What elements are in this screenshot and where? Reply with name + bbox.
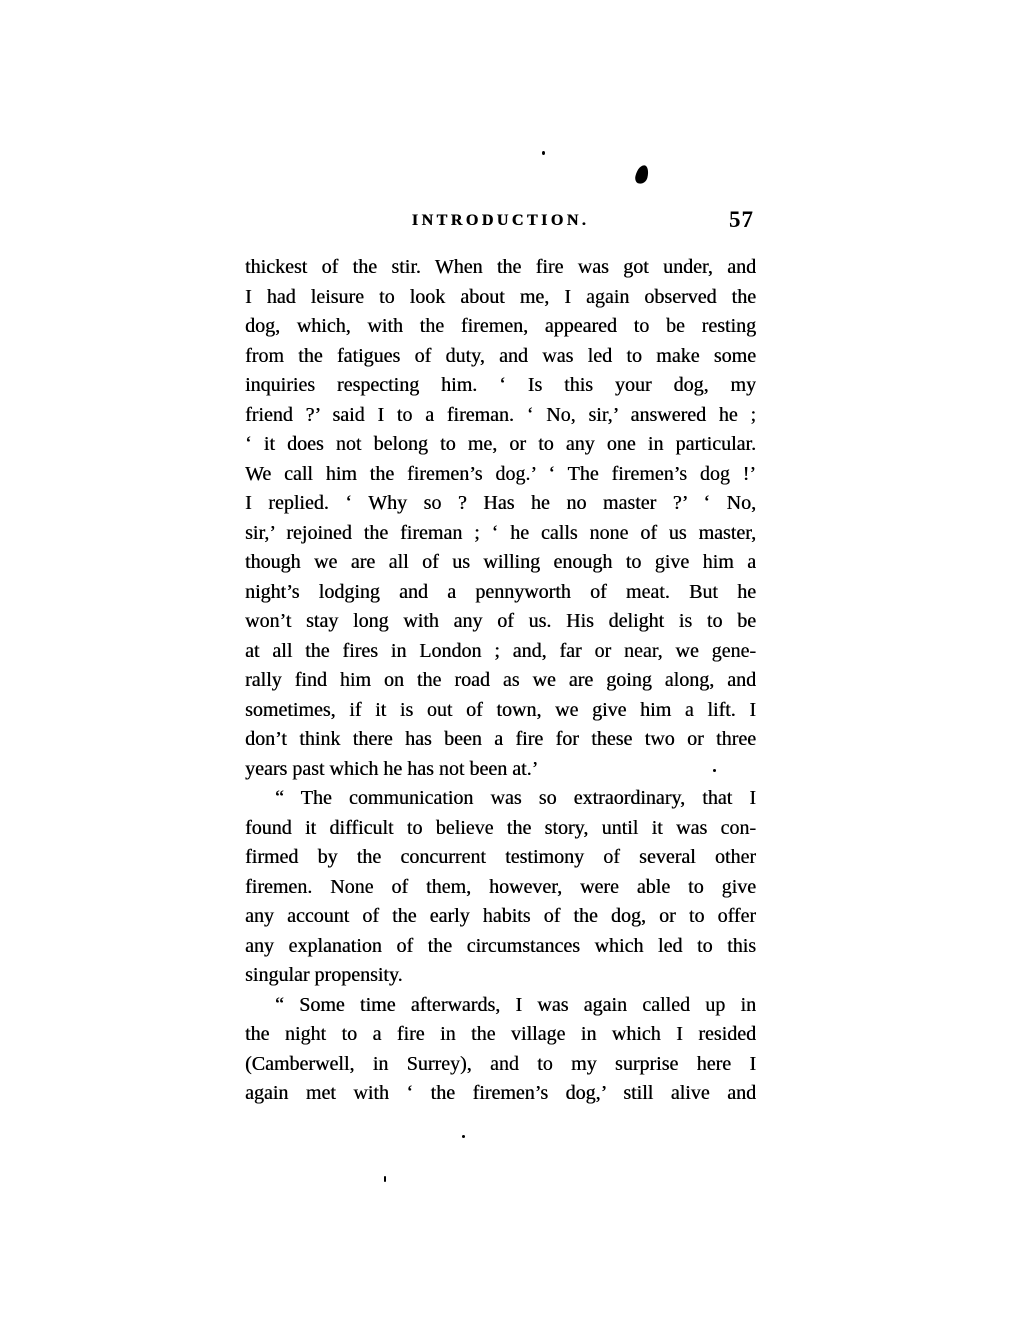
body-text: thickest of the stir. When the fire was … bbox=[245, 253, 756, 1109]
text-line: firemen. None of them, however, were abl… bbox=[245, 873, 756, 903]
text-line: singular propensity. bbox=[245, 961, 756, 991]
text-line: (Camberwell, in Surrey), and to my surpr… bbox=[245, 1050, 756, 1080]
text-line: thickest of the stir. When the fire was … bbox=[245, 253, 756, 283]
text-line: “ The communication was so extraordinary… bbox=[245, 784, 756, 814]
page-number: 57 bbox=[729, 207, 754, 233]
running-header: INTRODUCTION. 57 bbox=[245, 209, 756, 235]
scan-speck bbox=[462, 1135, 465, 1138]
text-line: firmed by the concurrent testimony of se… bbox=[245, 843, 756, 873]
book-page: INTRODUCTION. 57 thickest of the stir. W… bbox=[0, 0, 1033, 1339]
chapter-title: INTRODUCTION. bbox=[245, 212, 756, 230]
text-line: inquiries respecting him. ‘ Is this your… bbox=[245, 371, 756, 401]
text-line: years past which he has not been at.’ bbox=[245, 755, 756, 785]
text-line: at all the fires in London ; and, far or… bbox=[245, 637, 756, 667]
text-line: We call him the firemen’s dog.’ ‘ The fi… bbox=[245, 460, 756, 490]
text-line: won’t stay long with any of us. His deli… bbox=[245, 607, 756, 637]
text-line: any account of the early habits of the d… bbox=[245, 902, 756, 932]
text-line: rally find him on the road as we are goi… bbox=[245, 666, 756, 696]
text-line: sometimes, if it is out of town, we give… bbox=[245, 696, 756, 726]
text-line: night’s lodging and a pennyworth of meat… bbox=[245, 578, 756, 608]
text-line: found it difficult to believe the story,… bbox=[245, 814, 756, 844]
text-line: friend ?’ said I to a fireman. ‘ No, sir… bbox=[245, 401, 756, 431]
text-line: though we are all of us willing enough t… bbox=[245, 548, 756, 578]
text-line: again met with ‘ the firemen’s dog,’ sti… bbox=[245, 1079, 756, 1109]
ink-blot bbox=[634, 164, 650, 185]
text-line: I replied. ‘ Why so ? Has he no master ?… bbox=[245, 489, 756, 519]
text-line: don’t think there has been a fire for th… bbox=[245, 725, 756, 755]
scan-speck bbox=[384, 1176, 386, 1182]
text-line: dog, which, with the firemen, appeared t… bbox=[245, 312, 756, 342]
text-line: sir,’ rejoined the fireman ; ‘ he calls … bbox=[245, 519, 756, 549]
text-line: the night to a fire in the village in wh… bbox=[245, 1020, 756, 1050]
text-line: I had leisure to look about me, I again … bbox=[245, 283, 756, 313]
scan-speck bbox=[542, 151, 545, 155]
text-line: ‘ it does not belong to me, or to any on… bbox=[245, 430, 756, 460]
text-line: “ Some time afterwards, I was again call… bbox=[245, 991, 756, 1021]
text-line: from the fatigues of duty, and was led t… bbox=[245, 342, 756, 372]
text-line: any explanation of the circumstances whi… bbox=[245, 932, 756, 962]
